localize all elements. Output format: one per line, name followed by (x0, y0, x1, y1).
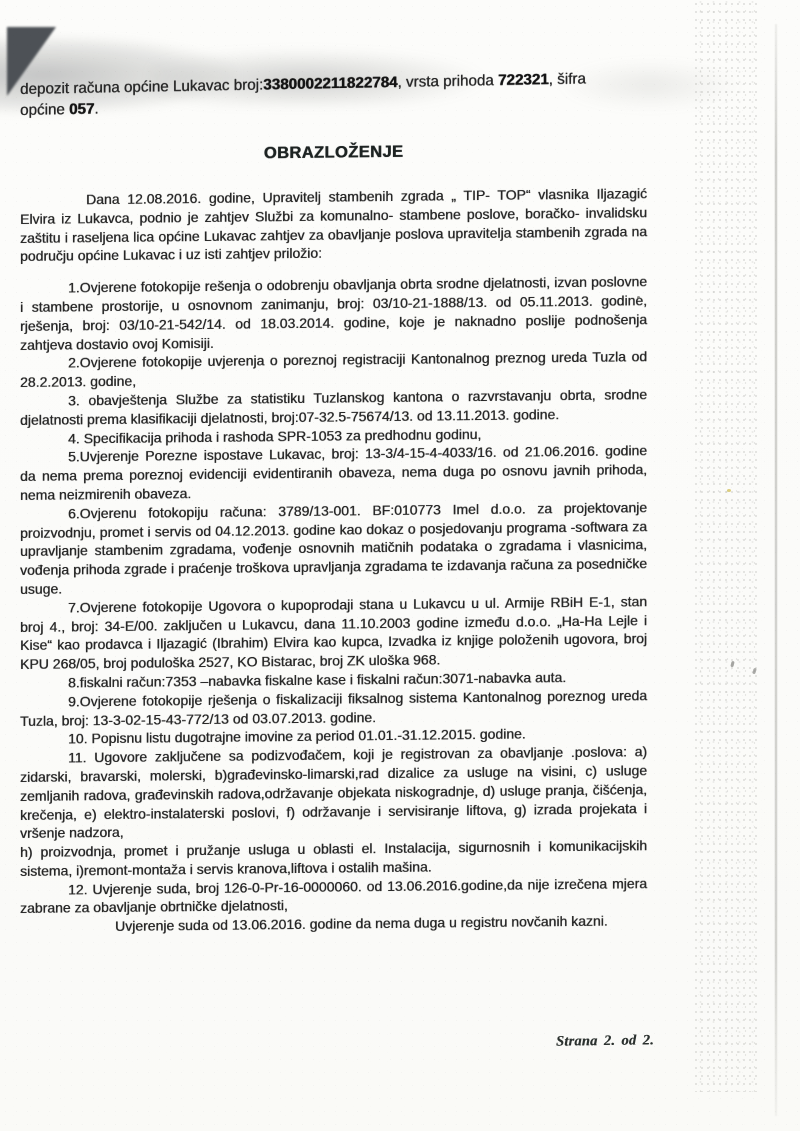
list-item-1: 1.Ovjerene fotokopije rešenja o odobrenj… (20, 272, 647, 354)
opening-paragraph: Dana 12.08.2016. godine, Upravitelj stam… (20, 184, 647, 266)
intro-text: , vrsta prihoda (397, 72, 497, 91)
scanned-document-page: { "document": { "intro": { "segments": [… (0, 0, 800, 1131)
list-item-11: 11. Ugovore zaključene sa podizvođačem, … (20, 742, 647, 843)
attachments-list: 1.Ovjerene fotokopije rešenja o odobrenj… (20, 272, 647, 937)
income-type-code: 722321 (498, 71, 549, 89)
intro-text: , šifra (549, 70, 586, 88)
account-number: 3380002211822784 (263, 74, 397, 94)
scan-speck-yellow (727, 489, 731, 492)
list-item-6: 6.Ovjerenu fotokopiju računa: 3789/13-00… (20, 498, 647, 599)
scan-speck (637, 296, 640, 299)
scan-edge-line (775, 24, 777, 1116)
scan-noise-band (693, 0, 757, 1092)
list-item-3: 3. obavještenja Službe za statistiku Tuz… (20, 385, 647, 429)
municipality-code: 057 (69, 100, 94, 117)
list-item-5: 5.Uvjerenje Porezne ispostave Lukavac, b… (20, 442, 647, 505)
intro-text: općine (20, 101, 69, 119)
page-number: Strana 2. od 2. (556, 1032, 654, 1050)
list-item-7: 7.Ovjerene fotokopije Ugovora o kupoprod… (20, 592, 647, 674)
intro-text: depozit računa općine Lukavac broj: (20, 76, 263, 98)
page-title: OBRAZLOŽENJE (20, 140, 647, 166)
intro-text: . (94, 100, 98, 117)
document-body: depozit računa općine Lukavac broj:33800… (20, 73, 647, 937)
